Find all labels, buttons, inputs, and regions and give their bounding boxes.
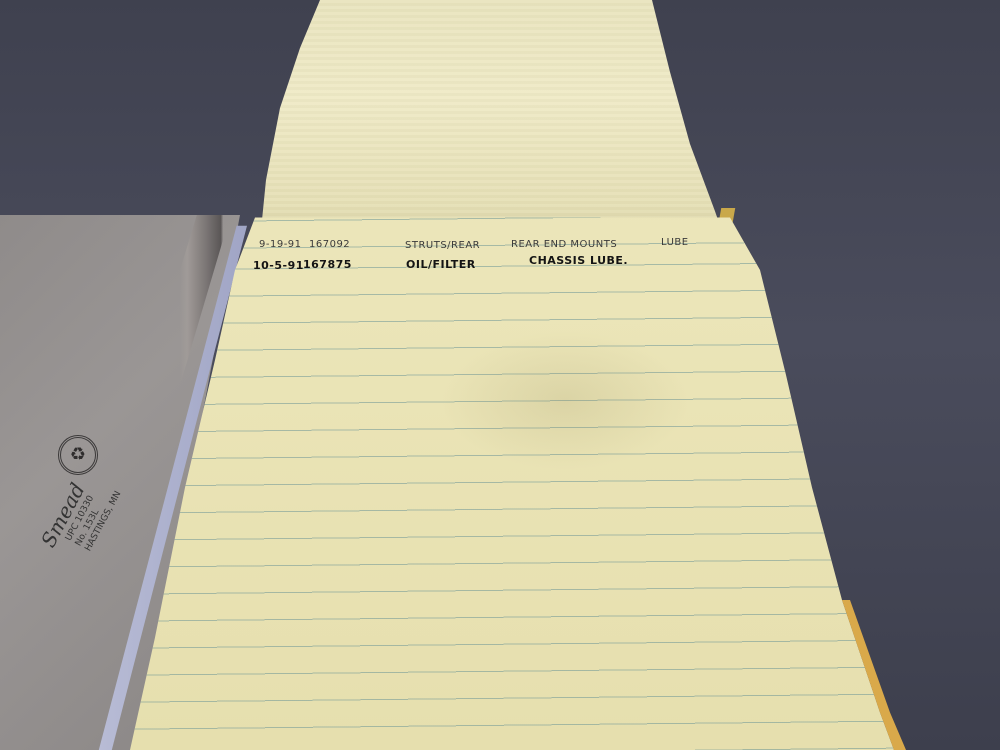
entry-mileage: 167092 xyxy=(309,239,350,250)
recycle-icon: ♻ xyxy=(58,435,98,475)
entry-mileage: 167875 xyxy=(303,258,352,271)
entry-service: LUBE xyxy=(661,237,689,248)
photo-scene: ♻ Smead UPC 10330 No. 153L HASTINGS, MN … xyxy=(0,0,1000,750)
entry-service: CHASSIS LUBE. xyxy=(529,254,628,267)
entry-service: REAR END MOUNTS xyxy=(511,239,617,250)
folded-top-sheet xyxy=(0,0,1000,240)
page-shadow xyxy=(440,330,690,470)
entry-date: 10-5-91 xyxy=(253,259,304,272)
entry-service: STRUTS/REAR xyxy=(405,240,480,251)
entry-date: 9-19-91 xyxy=(259,239,302,250)
entry-service: OIL/FILTER xyxy=(406,258,476,271)
